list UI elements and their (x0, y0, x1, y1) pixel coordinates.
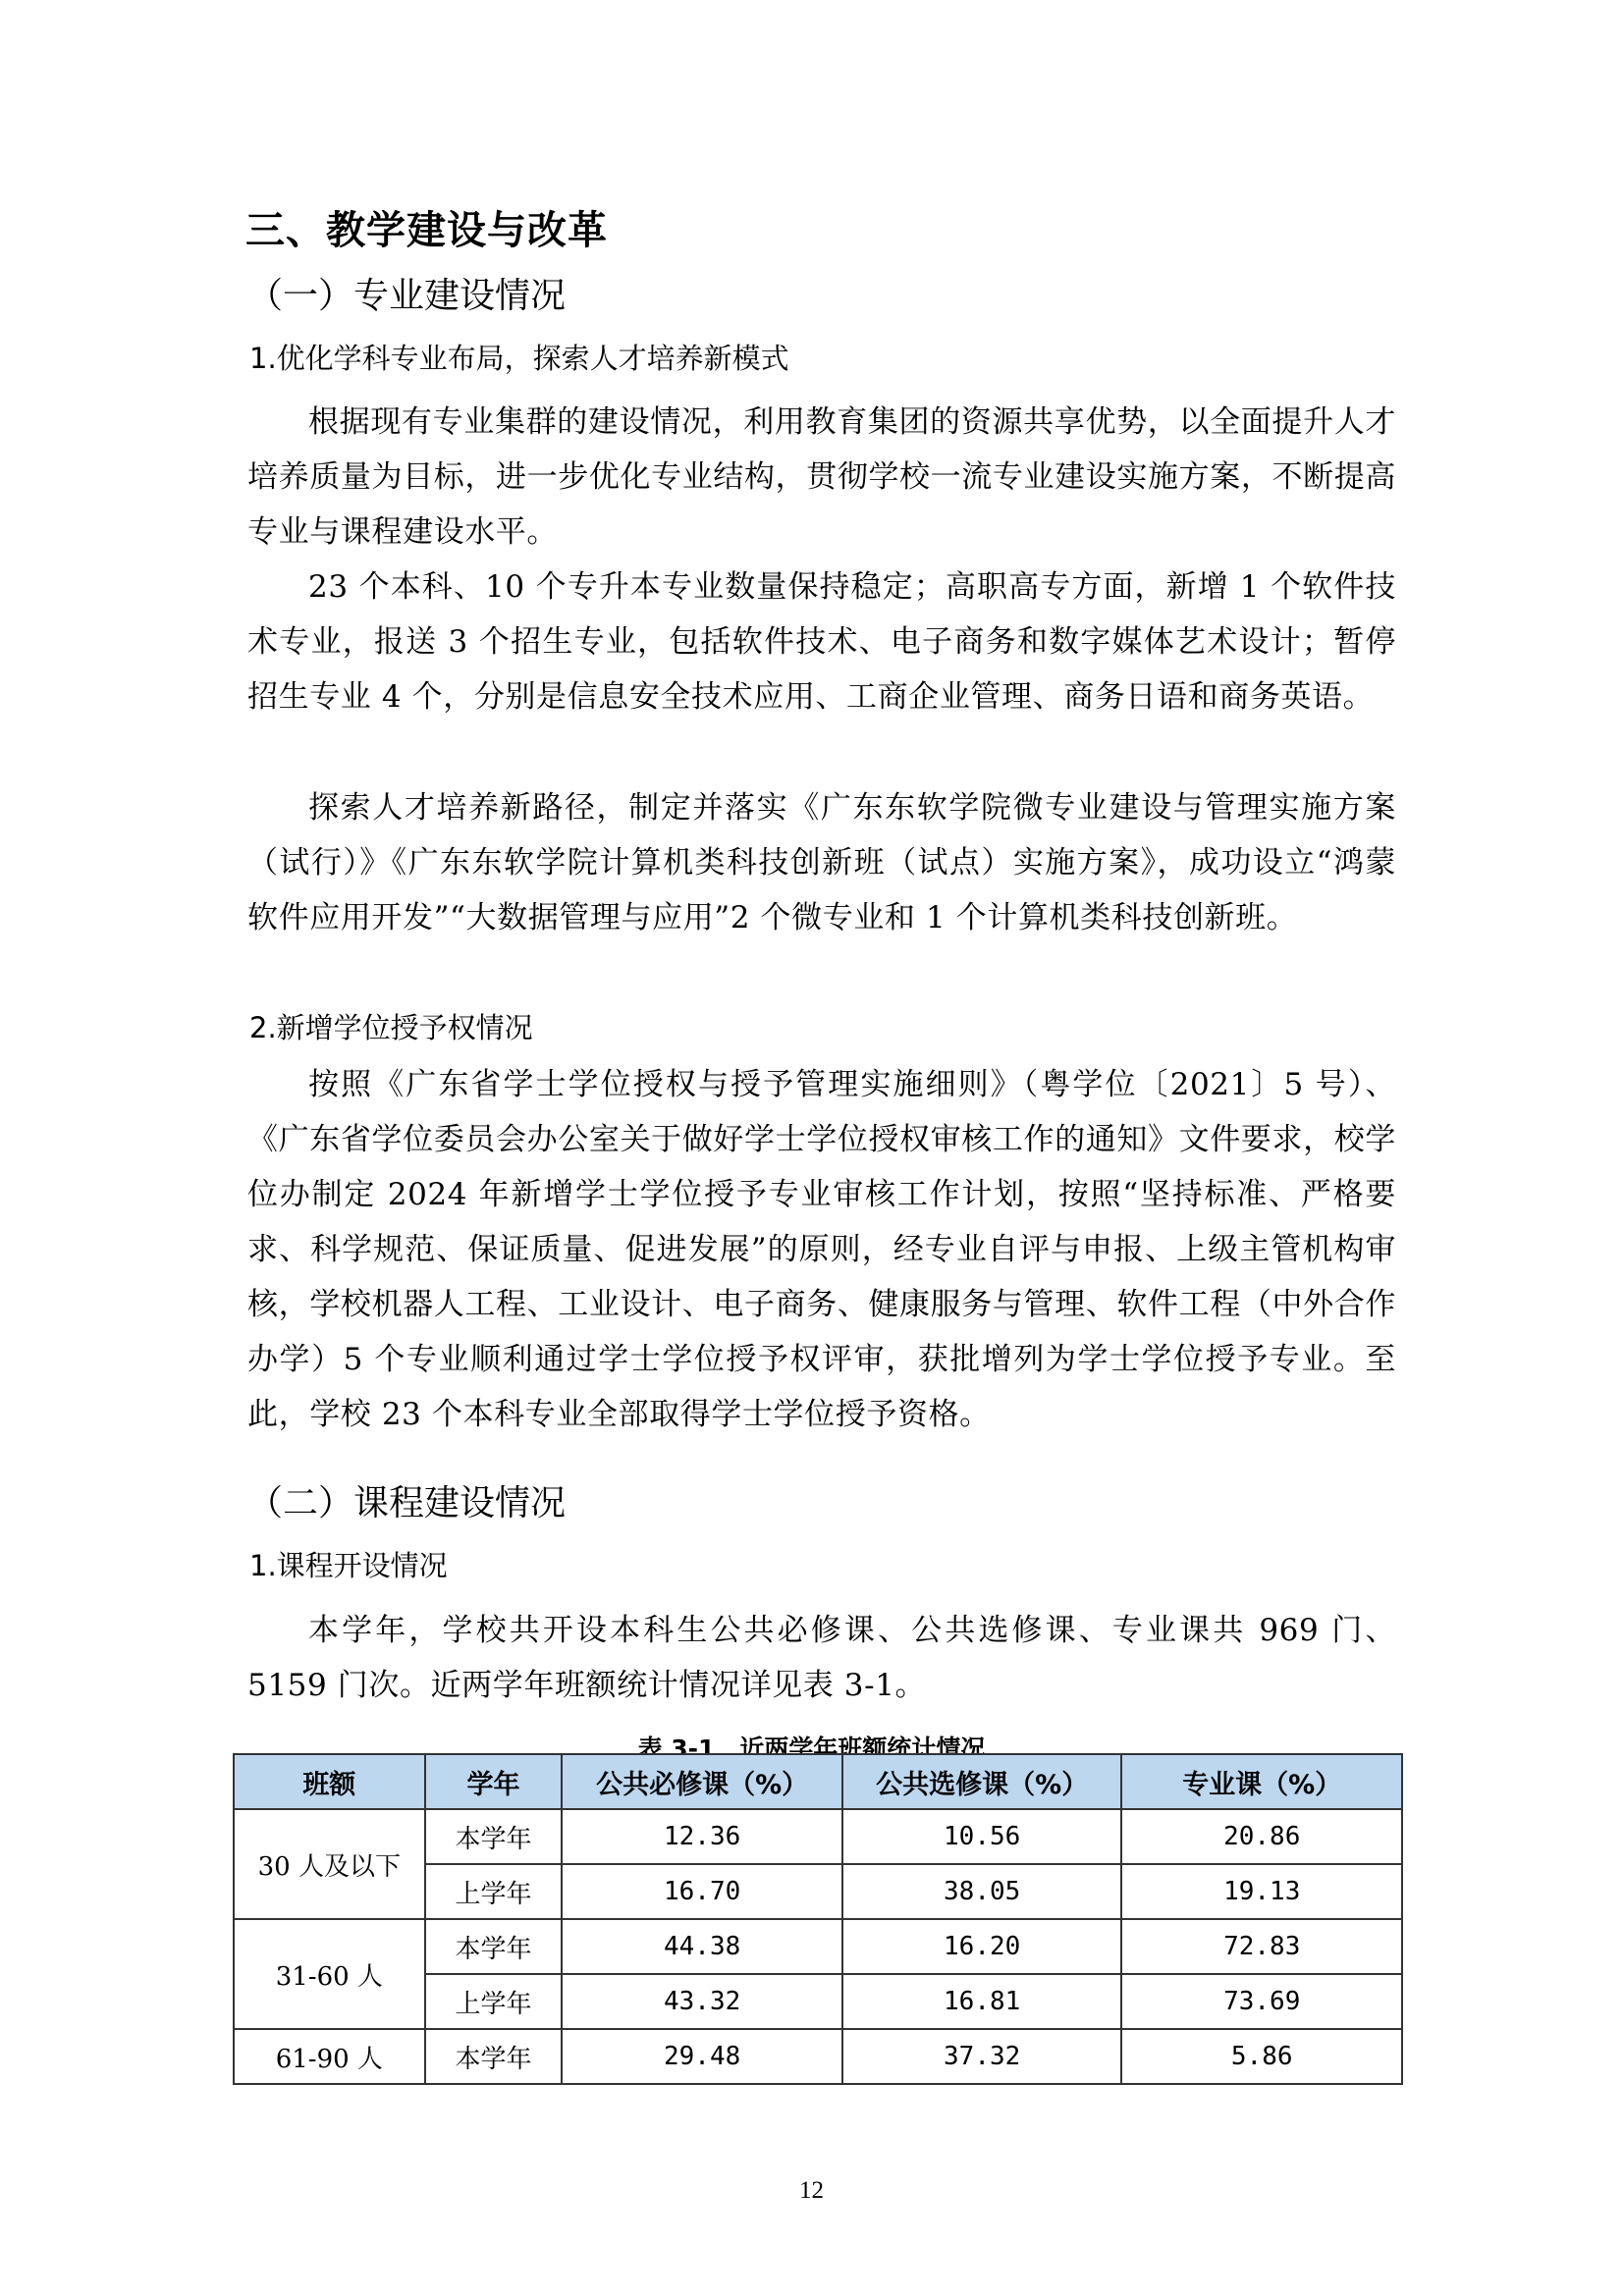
heading-1-1: 1.优化学科专业布局，探索人才培养新模式 (249, 337, 1398, 377)
paragraph: 23 个本科、10 个专升本专业数量保持稳定；高职高专方面，新增 1 个软件技术… (247, 560, 1396, 724)
paragraph: 探索人才培养新路径，制定并落实《广东东软学院微专业建设与管理实施方案（试行）》《… (247, 780, 1396, 945)
heading-1-2: 2.新增学位授予权情况 (249, 1006, 1398, 1046)
elective-cell: 37.32 (842, 2029, 1122, 2084)
header-year: 学年 (425, 1754, 563, 1809)
header-required: 公共必修课（%） (562, 1754, 842, 1809)
year-cell: 本学年 (425, 2029, 563, 2084)
header-class-size: 班额 (234, 1754, 425, 1809)
year-cell: 上学年 (425, 1864, 563, 1919)
header-elective: 公共选修课（%） (842, 1754, 1122, 1809)
required-cell: 12.36 (562, 1809, 842, 1864)
elective-cell: 16.81 (842, 1974, 1122, 2029)
required-cell: 29.48 (562, 2029, 842, 2084)
table-row: 30 人及以下 本学年 12.36 10.56 20.86 (234, 1809, 1402, 1864)
table-row: 31-60 人 本学年 44.38 16.20 72.83 (234, 1919, 1402, 1974)
subsection-title-2: （二）课程建设情况 (247, 1475, 1396, 1525)
header-major: 专业课（%） (1121, 1754, 1402, 1809)
table-header-row: 班额 学年 公共必修课（%） 公共选修课（%） 专业课（%） (234, 1754, 1402, 1809)
elective-cell: 38.05 (842, 1864, 1122, 1919)
required-cell: 44.38 (562, 1919, 842, 1974)
major-cell: 19.13 (1121, 1864, 1402, 1919)
class-size-table: 班额 学年 公共必修课（%） 公共选修课（%） 专业课（%） 30 人及以下 本… (233, 1753, 1403, 2085)
year-cell: 本学年 (425, 1919, 563, 1974)
major-cell: 72.83 (1121, 1919, 1402, 1974)
major-cell: 20.86 (1121, 1809, 1402, 1864)
paragraph: 按照《广东省学士学位授权与授予管理实施细则》（粤学位〔2021〕5 号）、《广东… (247, 1057, 1396, 1442)
heading-2-1: 1.课程开设情况 (249, 1544, 1398, 1584)
subsection-title-1: （一）专业建设情况 (247, 268, 1396, 318)
paragraph: 本学年，学校共开设本科生公共必修课、公共选修课、专业课共 969 门、5159 … (247, 1603, 1396, 1713)
table-row: 61-90 人 本学年 29.48 37.32 5.86 (234, 2029, 1402, 2084)
class-size-cell: 61-90 人 (234, 2029, 425, 2084)
section-title: 三、教学建设与改革 (245, 199, 1394, 255)
required-cell: 43.32 (562, 1974, 842, 2029)
document-page: 三、教学建设与改革 （一）专业建设情况 1.优化学科专业布局，探索人才培养新模式… (0, 0, 1623, 2296)
required-cell: 16.70 (562, 1864, 842, 1919)
year-cell: 本学年 (425, 1809, 563, 1864)
elective-cell: 10.56 (842, 1809, 1122, 1864)
elective-cell: 16.20 (842, 1919, 1122, 1974)
class-size-cell: 30 人及以下 (234, 1809, 425, 1919)
class-size-cell: 31-60 人 (234, 1919, 425, 2029)
year-cell: 上学年 (425, 1974, 563, 2029)
major-cell: 73.69 (1121, 1974, 1402, 2029)
major-cell: 5.86 (1121, 2029, 1402, 2084)
page-number: 12 (0, 2177, 1623, 2205)
paragraph: 根据现有专业集群的建设情况，利用教育集团的资源共享优势，以全面提升人才培养质量为… (247, 395, 1396, 560)
